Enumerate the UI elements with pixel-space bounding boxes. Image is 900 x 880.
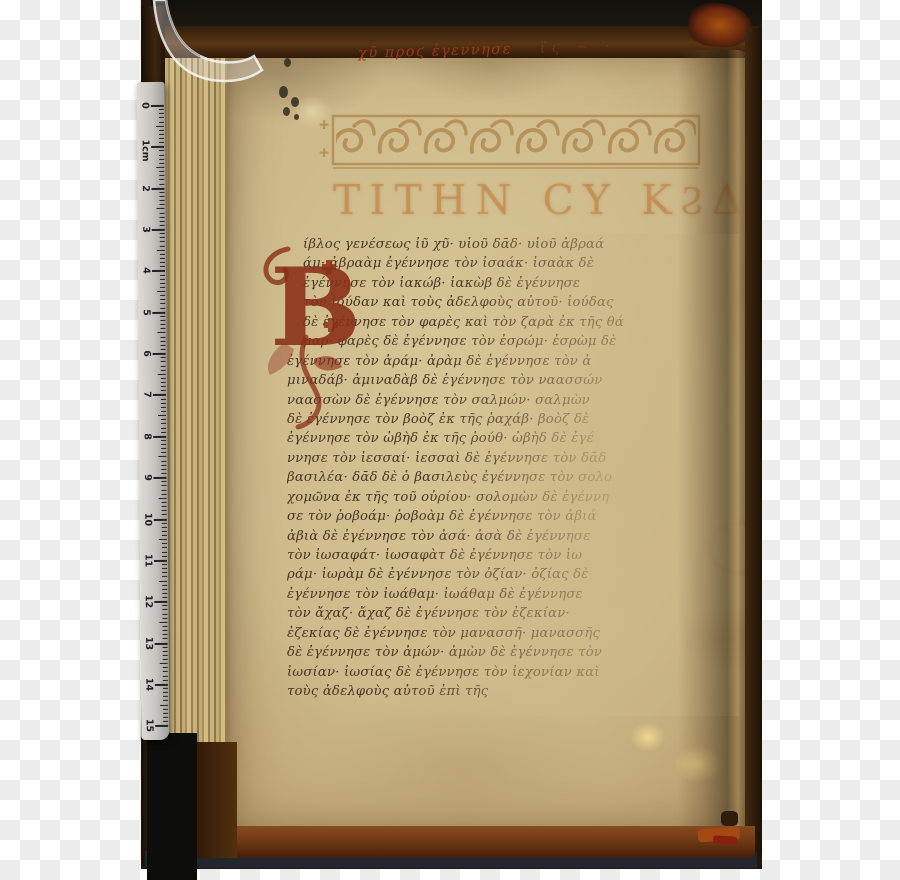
ruler-number: 10 [142,512,153,526]
ruler-tick [162,572,167,573]
ruler-tick [163,721,168,722]
ruler-tick [163,709,168,710]
ruler-tick [162,527,167,528]
manuscript-line: ἐγέννησε τὸν ὠβὴδ ἐκ τῆς ῥούθ· ὠβὴδ δὲ ἐ… [287,431,737,450]
ruler-tick [153,436,166,438]
ruler-tick [162,576,167,577]
ruler-number: 15 [144,719,155,733]
ruler-tick [156,167,164,168]
ruler-tick [159,622,167,623]
ruler-number: 4 [140,264,151,278]
ruler-tick [162,597,167,598]
ruler-tick [162,506,167,507]
ruler-tick [161,465,166,466]
ruler-tick [161,398,166,399]
ruler-tick [160,237,165,238]
ruler-tick [163,688,168,689]
manuscript-line: τοὺς ἀδελφοὺς αὐτοῦ ἐπὶ τῆς [287,684,737,703]
ruler-tick [162,531,167,532]
ruler-tick [154,601,167,603]
ruler-tick [161,341,166,342]
ruler-tick [154,560,167,562]
ruler-number: 0 [139,99,150,113]
ruler-tick [163,634,168,635]
ruler-tick [162,609,167,610]
manuscript-line: δὲ ἐγέννησε τὸν ἀμών· ἀμὼν δὲ ἐγέννησε τ… [287,645,737,664]
ruler-tick [160,241,165,242]
ruler-number: 11 [142,553,153,567]
ruler-tick [160,233,165,234]
ruler-tick [163,700,168,701]
ruler-tick [161,444,166,445]
ruler-number: 6 [141,347,152,361]
ruler-tick [151,105,164,107]
ink-blot [284,58,291,67]
ruler-tick [152,312,165,314]
ruler-tick [159,183,164,184]
ruler-tick [157,250,165,251]
ruler-tick [157,332,165,333]
ruler-tick [159,138,164,139]
headpiece-ornament [330,112,702,170]
ruler-tick [160,200,165,201]
ruler-tick [162,514,167,515]
decorated-initial-beta: Β [254,233,366,433]
ruler-tick [160,303,165,304]
ruler-tick [159,179,164,180]
dark-corner-bottom-left [147,733,197,880]
ink-blot [283,107,290,116]
ruler-tick [160,663,168,664]
ruler-tick [160,336,165,337]
ruler-tick [162,489,167,490]
manuscript-line: ἰωσίαν· ἰωσίας δὲ ἐγέννησε τὸν ἰεχονίαν … [287,665,737,684]
ruler-tick [161,473,166,474]
ruler-tick [158,415,166,416]
headpiece-side-cross-icon: ✚ [319,118,329,132]
ruler-number: 3 [140,223,151,237]
manuscript-line: ἀβιὰ δὲ ἐγέννησε τὸν ἀσά· ἀσὰ δὲ ἐγέννησ… [287,529,737,548]
ruler-tick [160,225,165,226]
ruler-tick [163,651,168,652]
ruler-tick [161,452,166,453]
ruler-tick [161,349,166,350]
ruler-tick [161,423,166,424]
ruler-tick [162,589,167,590]
ruler-tick [161,461,166,462]
ruler-tick [160,217,165,218]
ruler-tick [153,353,166,355]
headpiece-side-cross-icon: ✚ [319,146,329,160]
ruler-tick [163,671,168,672]
ruler-tick [161,361,166,362]
manuscript-line: ἐγέννησε τὸν ἰωάθαμ· ἰωάθαμ δὲ ἐγέννησε [287,587,737,606]
manuscript-line: ἐζεκίας δὲ ἐγέννησε τὸν μανασσῆ· μανασσῆ… [287,626,737,645]
ruler-tick [163,667,168,668]
plastic-clip [148,0,266,96]
ruler-tick [162,551,167,552]
ruler-tick [160,204,165,205]
ruler-tick [158,374,166,375]
ruler-tick [155,642,168,644]
ruler-tick [156,126,164,127]
ink-blot [279,86,288,98]
ruler-tick [160,295,165,296]
ruler-tick [153,394,166,396]
ruler-tick [162,523,167,524]
ruler-tick [154,518,167,520]
ruler-tick [163,655,168,656]
ruler-tick [161,386,166,387]
ruler-tick [160,254,165,255]
ruler-number: 9 [142,471,153,485]
ruler-tick [162,502,167,503]
ruler-number: 7 [141,388,152,402]
ruler-number: 8 [142,429,153,443]
ruler-tick [160,245,165,246]
ruler-tick [161,407,166,408]
ruler-tick [163,676,168,677]
ruler-tick [161,390,166,391]
ruler-tick [153,477,166,479]
manuscript-line: ράμ· ἰωρὰμ δὲ ἐγέννησε τὸν ὀζίαν· ὀζίας … [287,567,737,586]
ruler-tick [152,270,165,272]
ruler-tick [160,279,165,280]
ruler-tick [160,308,165,309]
manuscript-line: τὸν ἰωσαφάτ· ἰωσαφὰτ δὲ ἐγέννησε τὸν ἰω [287,548,737,567]
page-edges-stack [163,52,237,840]
ruler-tick [161,432,166,433]
ruler-tick [160,262,165,263]
ruler-tick [160,258,165,259]
ruler-number: 14 [143,677,154,691]
ruler-tick [162,547,167,548]
ruler-tick [159,155,164,156]
ruler-tick [161,411,166,412]
ruler-tick [159,142,164,143]
ruler-tick [162,613,167,614]
ruler-tick [159,159,164,160]
ruler-tick [160,328,165,329]
ruler-tick [161,419,166,420]
ruler-tick [159,175,164,176]
svg-text:Β: Β [270,245,361,371]
ruler-tick [161,440,166,441]
ruler-tick [152,229,165,231]
ruler-tick [160,283,165,284]
ink-blot [294,114,299,120]
manuscript-line: χομῶνα ἐκ τῆς τοῦ οὐρίου· σολομὼν δὲ ἐγέ… [287,490,737,509]
manuscript-line: τὸν ἄχαζ· ἄχαζ δὲ ἐγέννησε τὸν ἐζεκίαν· [287,606,737,625]
ruler-tick [159,117,164,118]
codex-book: χῦ προϛ ἐγεννησεϊϛ ~ · ✚ ✚ ΤΙΤΗΝ ϹΥ ΚϨΔ … [139,0,762,880]
ruler-tick [162,605,167,606]
ruler-tick [159,163,164,164]
ruler-tick [161,365,166,366]
ruler-number: 5 [141,305,152,319]
ruler-tick [159,121,164,122]
ruler-tick [162,535,167,536]
ruler-tick [160,320,165,321]
ruler-tick [163,638,168,639]
measuring-ruler: 01cm23456789101112131415 [137,82,170,740]
dark-spot-bottom-right [721,811,738,826]
ruler-tick [157,208,165,209]
ruler-tick [159,498,167,499]
manuscript-line: βασιλέα· δᾱδ δὲ ὁ βασιλεὺς ἐγέννησε τὸν … [287,470,737,489]
ruler-tick [160,212,165,213]
ruler-tick [163,713,168,714]
ruler-tick [159,113,164,114]
ruler-tick [162,556,167,557]
ruler-tick [162,543,167,544]
ruler-tick [162,568,167,569]
ruler-tick [161,345,166,346]
ruler-tick [160,316,165,317]
ruler-tick [160,324,165,325]
ruler-tick [161,427,166,428]
ruler-tick [157,291,165,292]
leather-cover-bottom [157,826,755,858]
ruler-tick [160,221,165,222]
ruler-tick [163,647,168,648]
ruler-tick [162,494,167,495]
ruler-tick [159,539,167,540]
ruler-tick [162,585,167,586]
faded-title-capitals: ΤΙΤΗΝ ϹΥ ΚϨΔ [333,176,713,224]
ruler-tick [155,725,168,727]
ruler-tick [159,580,167,581]
ruler-tick [162,564,167,565]
ink-blot [291,97,299,107]
ruler-tick [160,274,165,275]
ruler-tick [162,593,167,594]
ruler-number: 2 [140,181,151,195]
leather-cover-right [745,28,762,852]
ruler-tick [155,684,168,686]
ruler-tick [163,659,168,660]
ruler-tick [162,510,167,511]
manuscript-line: ννησε τὸν ἰεσσαί· ἰεσσαὶ δὲ ἐγέννησε τὸν… [287,451,737,470]
manuscript-line: σε τὸν ῥοβοάμ· ῥοβοὰμ δὲ ἐγέννησε τὸν ἀβ… [287,509,737,528]
ruler-tick [163,680,168,681]
ruler-number: 12 [143,595,154,609]
ruler-tick [151,146,164,148]
ruler-tick [159,109,164,110]
ruler-tick [159,192,164,193]
ruler-tick [162,485,167,486]
ruler-tick [161,403,166,404]
ruler-tick [160,704,168,705]
ruler-tick [159,171,164,172]
ruler-tick [163,717,168,718]
ruler-tick [161,448,166,449]
ruler-tick [161,481,166,482]
ruler-tick [160,287,165,288]
ruler-tick [160,266,165,267]
ruler-tick [161,357,166,358]
ruler-tick [159,196,164,197]
ruler-tick [161,370,166,371]
ruler-tick [163,630,168,631]
ruler-tick [159,130,164,131]
ruler-tick [158,456,166,457]
ruler-tick [161,378,166,379]
ruler-tick [163,692,168,693]
rubric-faint-marks: ϊϛ ~ · [540,38,616,56]
torn-leather-bottom-right [713,835,737,844]
ruler-tick [163,626,168,627]
ruler-tick [159,150,164,151]
ruler-number: 1cm [140,140,151,154]
ruler-tick [159,134,164,135]
ruler-tick [161,382,166,383]
ruler-number: 13 [143,636,154,650]
ruler-tick [160,299,165,300]
ruler-tick [162,618,167,619]
ruler-tick [163,696,168,697]
manuscript-photo: χῦ προϛ ἐγεννησεϊϛ ~ · ✚ ✚ ΤΙΤΗΝ ϹΥ ΚϨΔ … [0,0,900,880]
ruler-tick [161,469,166,470]
ruler-tick [151,188,164,190]
